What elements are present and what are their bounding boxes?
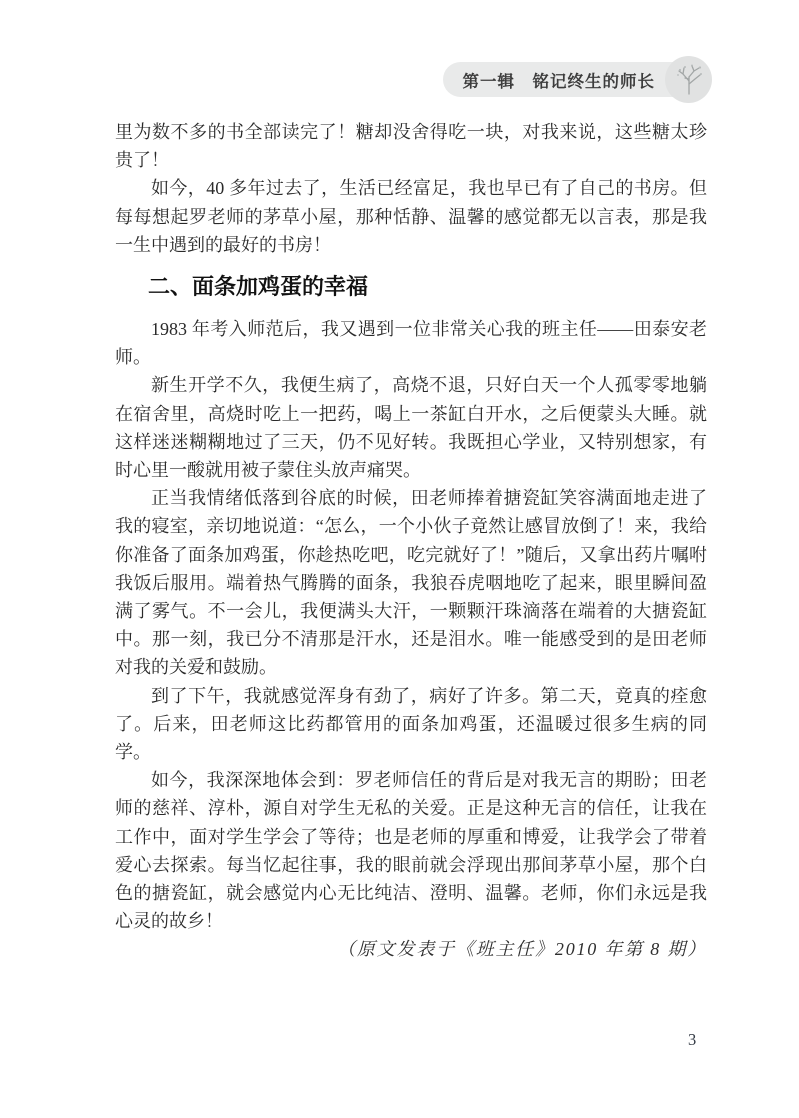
paragraph: 如今，我深深地体会到：罗老师信任的背后是对我无言的期盼；田老师的慈祥、淳朴，源自… [115, 766, 707, 935]
paragraph: 1983 年考入师范后，我又遇到一位非常关心我的班主任——田泰安老师。 [115, 315, 707, 371]
page-number: 3 [688, 1030, 696, 1050]
book-page: 第一辑 铭记终生的师长 [0, 0, 799, 1118]
paragraph: 新生开学不久，我便生病了，高烧不退，只好白天一个人孤零零地躺在宿舍里，高烧时吃上… [115, 371, 707, 484]
chapter-pill: 第一辑 铭记终生的师长 [443, 62, 710, 97]
section-heading: 二、面条加鸡蛋的幸福 [115, 272, 707, 302]
chapter-header: 第一辑 铭记终生的师长 [443, 62, 710, 97]
paragraph: 如今，40 多年过去了，生活已经富足，我也早已有了自己的书房。但每每想起罗老师的… [115, 174, 707, 259]
source-attribution: （原文发表于《班主任》2010 年第 8 期） [115, 935, 707, 963]
article-body: 里为数不多的书全部读完了！糖却没舍得吃一块，对我来说，这些糖太珍贵了！ 如今，4… [115, 118, 707, 964]
paragraph: 到了下午，我就感觉浑身有劲了，病好了许多。第二天，竟真的痊愈了。后来，田老师这比… [115, 682, 707, 767]
tree-icon [665, 56, 712, 103]
chapter-title: 第一辑 铭记终生的师长 [463, 68, 656, 92]
paragraph: 正当我情绪低落到谷底的时候，田老师捧着搪瓷缸笑容满面地走进了我的寝室，亲切地说道… [115, 484, 707, 681]
paragraph-continuation: 里为数不多的书全部读完了！糖却没舍得吃一块，对我来说，这些糖太珍贵了！ [115, 118, 707, 174]
